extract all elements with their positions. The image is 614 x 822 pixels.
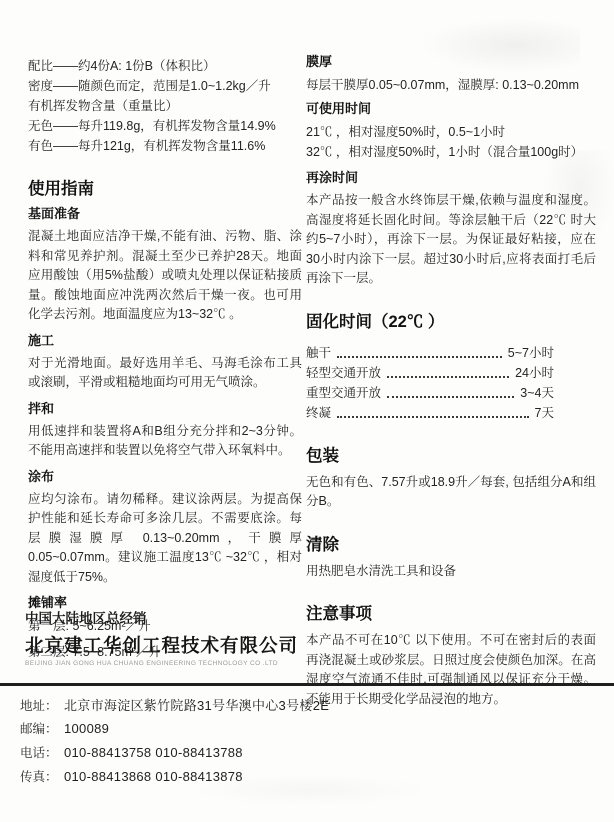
application-body: 对于光滑地面。最好选用羊毛、马海毛涂布工具或滚刷，平滑或粗糙地面均可用无气喷涂。 — [28, 354, 302, 393]
mixing-heading: 拌和 — [28, 399, 302, 418]
contact-zip-row: 邮编： 100089 — [20, 719, 329, 743]
recoat-heading: 再涂时间 — [306, 168, 596, 187]
phone-value: 010-88413758 010-88413788 — [64, 745, 243, 760]
precautions-body: 本产品不可在10℃ 以下使用。不可在密封后的表面再浇混凝土或砂浆层。日照过度会使… — [306, 631, 596, 709]
zip-label: 邮编： — [20, 719, 64, 737]
cure-row-tack-free: 触干 5~7小时 — [306, 343, 554, 363]
cure-value: 3~4天 — [520, 383, 554, 403]
dot-leader — [337, 416, 529, 418]
pot-life-line-32c: 32℃ ，相对湿度50%时，1小时（混合量100g时） — [306, 142, 596, 162]
dot-leader — [387, 376, 509, 378]
spec-voc: 有机挥发物含量（重量比） — [28, 96, 302, 116]
footer-divider — [0, 683, 614, 686]
coating-body: 应均匀涂布。请勿稀释。建议涂两层。为提高保护性能和延长寿命可多涂几层。不需要底涂… — [28, 490, 302, 588]
cure-label: 触干 — [306, 343, 331, 363]
mixing-body: 用低速拌和装置将A和B组分充分拌和2~3分钟。不能用高速拌和装置以免将空气带入环… — [28, 422, 302, 461]
spec-density: 密度——随颜色而定，范围是1.0~1.2kg／升 — [28, 76, 302, 96]
cure-time-heading: 固化时间（22℃ ） — [306, 311, 596, 333]
spec-colored: 有色——每升121g，有机挥发物含量11.6% — [28, 136, 302, 156]
contact-block: 地址： 北京市海淀区紫竹院路31号华澳中心3号楼2E 邮编： 100089 电话… — [20, 695, 329, 791]
cure-label: 轻型交通开放 — [306, 363, 381, 383]
cure-row-final-set: 终凝 7天 — [306, 403, 554, 423]
distributor-region: 中国大陆地区总经销 — [25, 607, 298, 627]
pot-life-line-21c: 21℃ ，相对湿度50%时，0.5~1小时 — [306, 122, 596, 142]
cure-row-light-traffic: 轻型交通开放 24小时 — [306, 363, 554, 383]
zip-value: 100089 — [64, 721, 109, 736]
fax-label: 传真： — [20, 767, 64, 785]
address-value: 北京市海淀区紫竹院路31号华澳中心3号楼2E — [64, 695, 329, 714]
company-name-en: BEIJING JIAN GONG HUA CHUANG ENGINEERING… — [25, 660, 298, 667]
left-column: 配比——约4份A: 1份B（体积比） 密度——随颜色而定，范围是1.0~1.2k… — [28, 56, 302, 662]
spec-ratio: 配比——约4份A: 1份B（体积比） — [28, 56, 302, 76]
fax-value: 010-88413868 010-88413878 — [64, 769, 243, 784]
company-name-cn: 北京建工华创工程技术有限公司 — [25, 632, 298, 658]
pot-life-heading: 可使用时间 — [306, 99, 596, 118]
cure-value: 5~7小时 — [508, 343, 554, 363]
surface-prep-body: 混凝土地面应洁净干燥,不能有油、污物、脂、涂料和常见养护剂。混凝土至少已养护28… — [28, 227, 302, 325]
surface-prep-heading: 基面准备 — [28, 204, 302, 223]
spec-clear: 无色——每升119.8g，有机挥发物含量14.9% — [28, 116, 302, 136]
cure-value: 7天 — [535, 403, 554, 423]
address-label: 地址： — [20, 696, 64, 714]
precautions-heading: 注意事项 — [306, 603, 596, 625]
packaging-heading: 包装 — [306, 445, 596, 467]
application-heading: 施工 — [28, 331, 302, 350]
film-thickness-heading: 膜厚 — [306, 52, 596, 71]
phone-label: 电话： — [20, 743, 64, 761]
contact-phone-row: 电话： 010-88413758 010-88413788 — [20, 743, 329, 767]
cure-row-heavy-traffic: 重型交通开放 3~4天 — [306, 383, 554, 403]
contact-fax-row: 传真： 010-88413868 010-88413878 — [20, 767, 329, 791]
cure-label: 重型交通开放 — [306, 383, 381, 403]
distributor-block: 中国大陆地区总经销 北京建工华创工程技术有限公司 BEIJING JIAN GO… — [25, 607, 298, 667]
coating-heading: 涂布 — [28, 467, 302, 486]
usage-guide-title: 使用指南 — [28, 178, 302, 200]
datasheet-page: 配比——约4份A: 1份B（体积比） 密度——随颜色而定，范围是1.0~1.2k… — [0, 0, 614, 822]
dot-leader — [387, 396, 514, 398]
packaging-body: 无色和有色、7.57升或18.9升／每套, 包括组分A和组分B。 — [306, 473, 596, 512]
cure-value: 24小时 — [515, 363, 554, 383]
contact-address-row: 地址： 北京市海淀区紫竹院路31号华澳中心3号楼2E — [20, 695, 329, 719]
cure-label: 终凝 — [306, 403, 331, 423]
film-thickness-body: 每层干膜厚0.05~0.07mm，湿膜厚: 0.13~0.20mm — [306, 75, 596, 95]
cleanup-body: 用热肥皂水清洗工具和设备 — [306, 562, 596, 582]
right-column: 膜厚 每层干膜厚0.05~0.07mm，湿膜厚: 0.13~0.20mm 可使用… — [306, 52, 596, 709]
cleanup-heading: 清除 — [306, 534, 596, 556]
recoat-body: 本产品按一般含水终饰层干燥,依赖与温度和湿度。高湿度将延长固化时间。等涂层触干后… — [306, 191, 596, 289]
dot-leader — [337, 356, 502, 358]
